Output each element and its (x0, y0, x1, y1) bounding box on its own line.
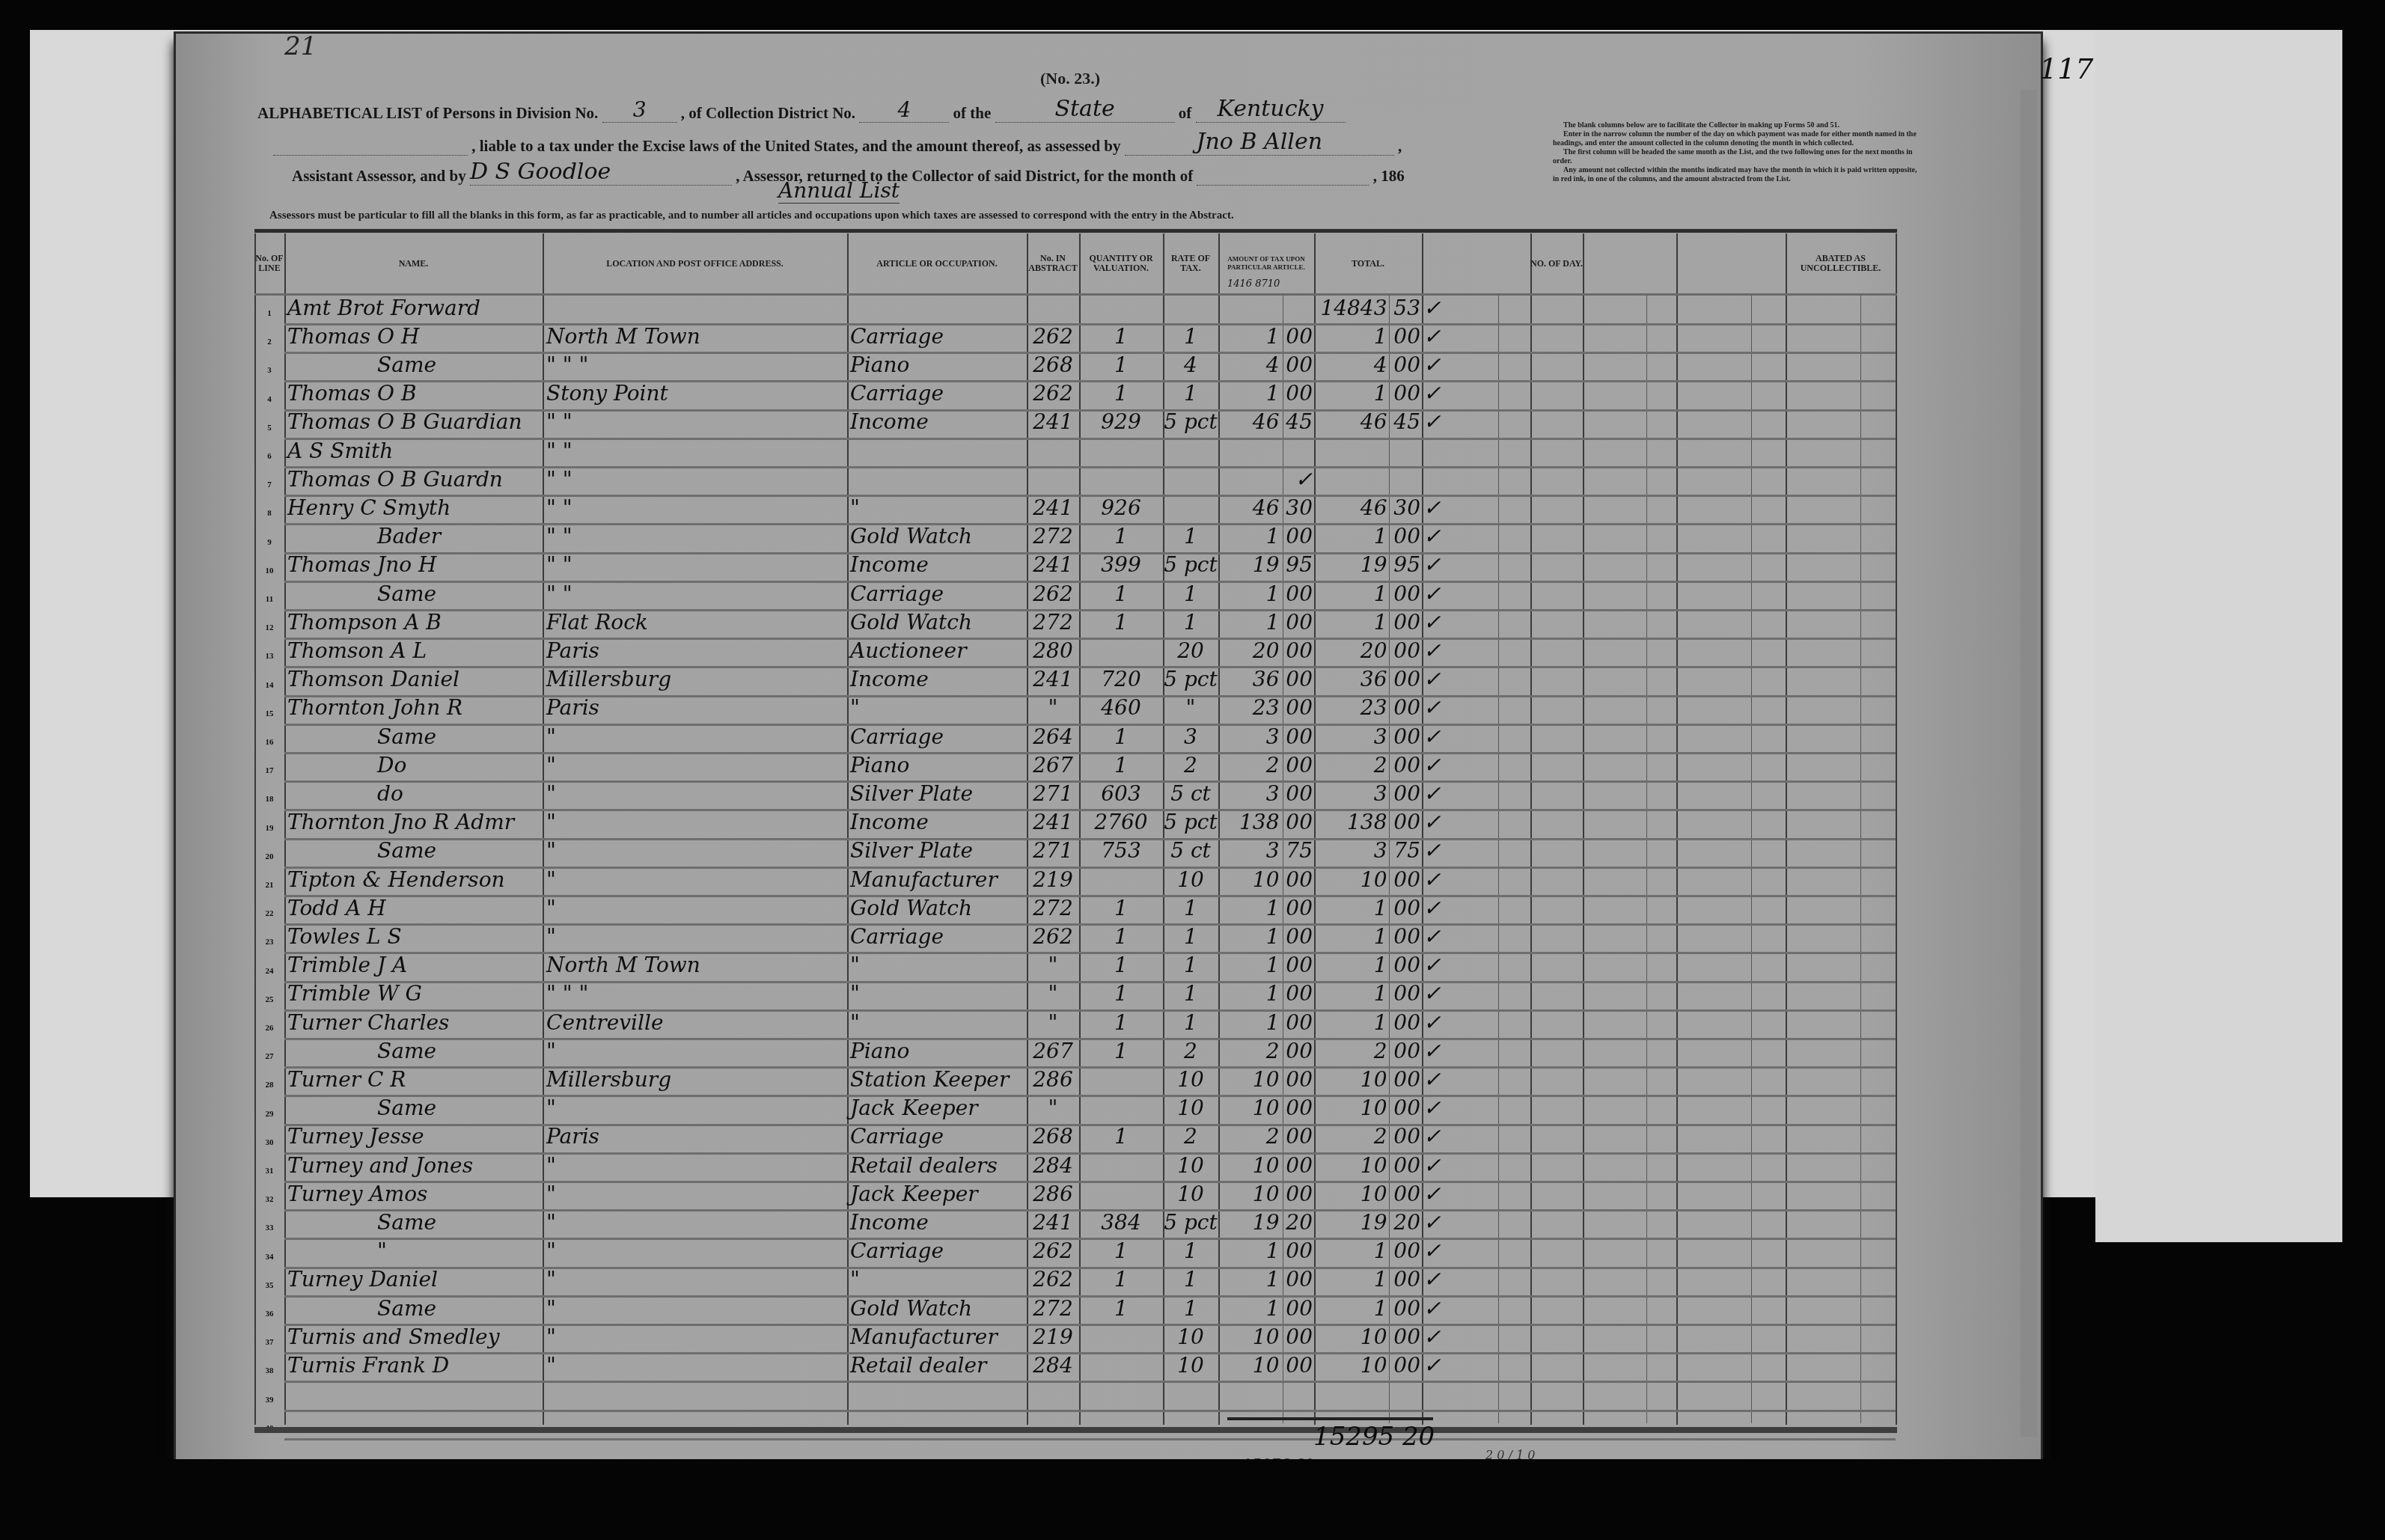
amount-header-note: 1416 8710 (1227, 278, 1280, 290)
total-amount (1316, 465, 1420, 493)
quantity-valuation (1081, 1179, 1161, 1208)
amount-of-tax: 2 00 (1220, 1036, 1313, 1065)
header-abstract-no: No. IN ABSTRACT (1027, 241, 1079, 286)
check-mark: ✓ (1423, 1151, 1446, 1179)
quantity-valuation: 460 (1081, 694, 1161, 722)
line-number: 16 (254, 728, 284, 757)
rate-of-tax: 10 (1164, 1179, 1217, 1208)
check-mark: ✓ (1423, 694, 1446, 722)
note-paragraph: Enter in the narrow column the number of… (1553, 130, 1920, 148)
check-mark: ✓ (1423, 322, 1446, 350)
location-address: " (546, 1208, 846, 1236)
article-occupation: Carriage (850, 322, 1026, 350)
check-mark: ✓ (1423, 293, 1446, 322)
rate-of-tax: 10 (1164, 1094, 1217, 1122)
line-number: 15 (254, 700, 284, 728)
article-occupation (850, 436, 1026, 465)
total-amount: 3 00 (1316, 722, 1420, 751)
total-amount: 36 00 (1316, 665, 1420, 694)
line-number: 32 (254, 1185, 284, 1214)
article-occupation: Silver Plate (850, 837, 1026, 865)
location-address: " (546, 1094, 846, 1122)
line-number: 10 (254, 557, 284, 585)
check-mark: ✓ (1423, 779, 1446, 807)
location-address: " (546, 1179, 846, 1208)
amount-of-tax (1220, 1380, 1313, 1408)
taxpayer-name: A S Smith (287, 436, 542, 465)
abstract-number: 264 (1028, 722, 1078, 751)
check-mark: ✓ (1423, 865, 1446, 893)
amount-of-tax: 3 00 (1220, 722, 1313, 751)
check-mark: ✓ (1423, 1179, 1446, 1208)
line-number: 1 (254, 299, 284, 328)
location-address: Millersburg (546, 1065, 846, 1093)
rate-of-tax (1164, 293, 1217, 322)
abstract-number: 284 (1028, 1151, 1078, 1179)
rate-of-tax: 1 (1164, 322, 1217, 350)
check-mark: ✓ (1423, 493, 1446, 522)
taxpayer-name: Thomas Jno H (287, 551, 542, 579)
total-amount: 1 00 (1316, 922, 1420, 950)
location-address: " (546, 779, 846, 807)
location-address: " (546, 722, 846, 751)
article-occupation: " (850, 1008, 1026, 1036)
rate-of-tax: 10 (1164, 1065, 1217, 1093)
amount-of-tax: 10 00 (1220, 1094, 1313, 1122)
location-address: " (546, 922, 846, 950)
assessment-table: No. OF LINE NAME. LOCATION AND POST OFFI… (254, 233, 1897, 1431)
quantity-valuation: 399 (1081, 551, 1161, 579)
header-name: NAME. (284, 241, 543, 286)
line-number: 29 (254, 1100, 284, 1128)
collector-instructions: The blank columns below are to facilitat… (1553, 121, 1920, 184)
amount-of-tax: 10 00 (1220, 1179, 1313, 1208)
taxpayer-name: Tipton & Henderson (287, 865, 542, 893)
line-number: 2 (254, 328, 284, 356)
assessor-instructions: Assessors must be particular to fill all… (269, 210, 1234, 222)
article-occupation: " (850, 951, 1026, 980)
total-amount: 1 00 (1316, 951, 1420, 980)
check-mark (1423, 1380, 1446, 1408)
check-mark: ✓ (1423, 837, 1446, 865)
line-number: 33 (254, 1214, 284, 1242)
quantity-valuation (1081, 1065, 1161, 1093)
amount-of-tax: 1 00 (1220, 1237, 1313, 1265)
header-text: , (1398, 137, 1402, 155)
article-occupation: Piano (850, 751, 1026, 779)
header-text: , of Collection District No. (681, 104, 855, 122)
district-number: 4 (859, 97, 949, 123)
quantity-valuation: 1 (1081, 922, 1161, 950)
amount-of-tax: 46 30 (1220, 493, 1313, 522)
abstract-number (1028, 436, 1078, 465)
abstract-number: 272 (1028, 1294, 1078, 1322)
location-address: " " " (546, 350, 846, 379)
taxpayer-name: Thornton Jno R Admr (287, 808, 542, 837)
header-text: , 186 (1373, 167, 1405, 185)
amount-of-tax: 19 95 (1220, 551, 1313, 579)
total-amount: 19 20 (1316, 1208, 1420, 1236)
blank-field (273, 155, 468, 156)
abstract-number: 262 (1028, 379, 1078, 408)
taxpayer-name: Thomas O B Guardn (287, 465, 542, 493)
line-number: 17 (254, 757, 284, 785)
total-amount: 14843 53 (1316, 293, 1420, 322)
quantity-valuation (1081, 1380, 1161, 1408)
article-occupation: Income (850, 665, 1026, 694)
line-number: 28 (254, 1071, 284, 1099)
abstract-number: 280 (1028, 636, 1078, 664)
total-amount: 3 75 (1316, 837, 1420, 865)
article-occupation: " (850, 694, 1026, 722)
taxpayer-name: Towles L S (287, 922, 542, 950)
article-occupation: Income (850, 1208, 1026, 1236)
rate-of-tax: 1 (1164, 922, 1217, 950)
location-address: " (546, 1036, 846, 1065)
line-number: 19 (254, 814, 284, 843)
header-text: of (1179, 104, 1192, 122)
amount-of-tax: 10 00 (1220, 1065, 1313, 1093)
check-mark: ✓ (1423, 1065, 1446, 1093)
amount-of-tax: 1 00 (1220, 608, 1313, 636)
rate-of-tax: 3 (1164, 722, 1217, 751)
quantity-valuation: 1 (1081, 722, 1161, 751)
abstract-number: 241 (1028, 493, 1078, 522)
rate-of-tax: 10 (1164, 1322, 1217, 1351)
total-amount: 4 00 (1316, 350, 1420, 379)
article-occupation: Piano (850, 1036, 1026, 1065)
amount-of-tax: 19 20 (1220, 1208, 1313, 1236)
total-amount: 1 00 (1316, 980, 1420, 1008)
bottom-rule (254, 1427, 1897, 1433)
article-occupation: Retail dealer (850, 1351, 1026, 1379)
abstract-number: " (1028, 980, 1078, 1008)
check-mark: ✓ (1423, 579, 1446, 608)
quantity-valuation: 1 (1081, 322, 1161, 350)
amount-of-tax: 1 00 (1220, 1294, 1313, 1322)
abstract-number: 241 (1028, 408, 1078, 436)
check-mark: ✓ (1423, 951, 1446, 980)
month-field (1197, 185, 1369, 186)
assessor-name: D S Goodloe (470, 159, 732, 186)
amount-of-tax: 2 00 (1220, 751, 1313, 779)
article-occupation: Gold Watch (850, 893, 1026, 922)
total-amount: 1 00 (1316, 379, 1420, 408)
article-occupation: " (850, 980, 1026, 1008)
quantity-valuation: 929 (1081, 408, 1161, 436)
total-amount (1316, 1380, 1420, 1408)
grand-total: 15295 20 (1313, 1422, 1435, 1452)
rate-of-tax: 5 ct (1164, 779, 1217, 807)
total-amount: 2 00 (1316, 751, 1420, 779)
taxpayer-name: Henry C Smyth (287, 493, 542, 522)
abstract-number: 271 (1028, 779, 1078, 807)
taxpayer-name: Thompson A B (287, 608, 542, 636)
abstract-number: 272 (1028, 893, 1078, 922)
abstract-number: 268 (1028, 1122, 1078, 1151)
article-occupation: Manufacturer (850, 1322, 1026, 1351)
article-occupation: Station Keeper (850, 1065, 1026, 1093)
article-occupation: Income (850, 551, 1026, 579)
header-text: Assistant Assessor, and by (292, 167, 466, 185)
note-paragraph: Any amount not collected within the mont… (1553, 166, 1920, 184)
quantity-valuation: 1 (1081, 751, 1161, 779)
state-name: Kentucky (1196, 96, 1346, 123)
taxpayer-name: Turnis Frank D (287, 1351, 542, 1379)
quantity-valuation (1081, 1351, 1161, 1379)
total-amount: 1 00 (1316, 1294, 1420, 1322)
abstract-number: " (1028, 694, 1078, 722)
line-number: 31 (254, 1157, 284, 1185)
article-occupation: " (850, 493, 1026, 522)
amount-of-tax: 3 75 (1220, 837, 1313, 865)
assistant-assessor-name: Jno B Allen (1125, 129, 1394, 156)
article-occupation: Gold Watch (850, 1294, 1026, 1322)
article-occupation (850, 1380, 1026, 1408)
taxpayer-name: Turner Charles (287, 1008, 542, 1036)
location-address: " (546, 893, 846, 922)
total-amount: 1 00 (1316, 579, 1420, 608)
taxpayer-name: Thomas O B (287, 379, 542, 408)
abstract-number: 262 (1028, 1265, 1078, 1294)
abstract-number (1028, 293, 1078, 322)
abstract-number: 241 (1028, 808, 1078, 837)
location-address: " (546, 1151, 846, 1179)
rate-of-tax: 1 (1164, 379, 1217, 408)
location-address: Flat Rock (546, 608, 846, 636)
rate-of-tax: 1 (1164, 1237, 1217, 1265)
check-mark: ✓ (1423, 665, 1446, 694)
article-occupation: Income (850, 808, 1026, 837)
line-number: 30 (254, 1128, 284, 1157)
header-location: LOCATION AND POST OFFICE ADDRESS. (543, 241, 847, 286)
line-number: 35 (254, 1271, 284, 1300)
total-amount: 10 00 (1316, 1351, 1420, 1379)
header-abated: ABATED AS UNCOLLECTIBLE. (1786, 241, 1896, 286)
taxpayer-name: Trimble J A (287, 951, 542, 980)
amount-of-tax: 4 00 (1220, 350, 1313, 379)
amount-of-tax: 10 00 (1220, 1151, 1313, 1179)
line-number: 23 (254, 928, 284, 956)
abstract-number: 262 (1028, 579, 1078, 608)
check-mark: ✓ (1423, 1294, 1446, 1322)
rate-of-tax (1164, 436, 1217, 465)
division-number: 3 (602, 97, 677, 123)
header-line-2: , liable to a tax under the Excise laws … (273, 129, 1402, 156)
total-amount: 138 00 (1316, 808, 1420, 837)
rate-of-tax: " (1164, 694, 1217, 722)
header-line-1: ALPHABETICAL LIST of Persons in Division… (257, 96, 1346, 123)
check-mark: ✓ (1423, 551, 1446, 579)
check-mark: ✓ (1423, 608, 1446, 636)
article-occupation: Carriage (850, 1237, 1026, 1265)
rate-of-tax (1164, 493, 1217, 522)
check-mark: ✓ (1423, 1036, 1446, 1065)
amount-of-tax: 10 00 (1220, 1322, 1313, 1351)
location-address: " (546, 865, 846, 893)
quantity-valuation: 1 (1081, 379, 1161, 408)
quantity-valuation: 753 (1081, 837, 1161, 865)
amount-of-tax (1220, 436, 1313, 465)
abstract-number: 286 (1028, 1179, 1078, 1208)
line-number: 37 (254, 1328, 284, 1357)
amount-of-tax: 1 00 (1220, 379, 1313, 408)
check-mark: ✓ (1423, 1265, 1446, 1294)
quantity-valuation: 720 (1081, 665, 1161, 694)
rate-of-tax: 5 pct (1164, 551, 1217, 579)
rate-of-tax: 1 (1164, 980, 1217, 1008)
total-amount: 23 00 (1316, 694, 1420, 722)
line-number: 8 (254, 499, 284, 528)
location-address: Stony Point (546, 379, 846, 408)
location-address: Millersburg (546, 665, 846, 694)
abstract-number: 219 (1028, 1322, 1078, 1351)
amount-of-tax: 36 00 (1220, 665, 1313, 694)
line-number: 36 (254, 1300, 284, 1328)
amount-of-tax: 23 00 (1220, 694, 1313, 722)
taxpayer-name: Thomson Daniel (287, 665, 542, 694)
location-address: " " (546, 465, 846, 493)
quantity-valuation: 1 (1081, 1122, 1161, 1151)
amount-of-tax: 1 00 (1220, 1265, 1313, 1294)
quantity-valuation (1081, 293, 1161, 322)
total-amount: 19 95 (1316, 551, 1420, 579)
abstract-number: 241 (1028, 551, 1078, 579)
amount-of-tax: 1 00 (1220, 922, 1313, 950)
check-mark: ✓ (1423, 1094, 1446, 1122)
amount-of-tax: 1 00 (1220, 522, 1313, 551)
line-number: 34 (254, 1243, 284, 1271)
note-paragraph: The blank columns below are to facilitat… (1553, 121, 1920, 130)
line-number: 25 (254, 986, 284, 1014)
taxpayer-name: Thomson A L (287, 636, 542, 664)
amount-of-tax: 1 00 (1220, 951, 1313, 980)
total-amount: 1 00 (1316, 608, 1420, 636)
quantity-valuation: 1 (1081, 350, 1161, 379)
adjacent-sheet (2095, 30, 2342, 1242)
article-occupation: Jack Keeper (850, 1094, 1026, 1122)
rate-of-tax: 5 pct (1164, 808, 1217, 837)
rate-of-tax: 1 (1164, 893, 1217, 922)
header-quantity: QUANTITY OR VALUATION. (1079, 241, 1163, 286)
abstract-number (1028, 1380, 1078, 1408)
amount-of-tax: ✓ (1220, 465, 1313, 493)
article-occupation: Retail dealers (850, 1151, 1026, 1179)
total-amount: 3 00 (1316, 779, 1420, 807)
article-occupation: Manufacturer (850, 865, 1026, 893)
quantity-valuation: 1 (1081, 1036, 1161, 1065)
article-occupation: Auctioneer (850, 636, 1026, 664)
abstract-number: 241 (1028, 665, 1078, 694)
location-address: Paris (546, 636, 846, 664)
abstract-number: 271 (1028, 837, 1078, 865)
rate-of-tax: 5 ct (1164, 837, 1217, 865)
line-number: 24 (254, 957, 284, 986)
taxpayer-name: Turney Jesse (287, 1122, 542, 1151)
total-amount: 10 00 (1316, 1065, 1420, 1093)
quantity-valuation: 1 (1081, 1008, 1161, 1036)
line-number: 18 (254, 785, 284, 813)
check-mark: ✓ (1423, 1351, 1446, 1379)
page-number-right: 117 (2039, 52, 2094, 85)
check-mark: ✓ (1423, 808, 1446, 837)
line-number: 39 (254, 1386, 284, 1414)
total-amount (1316, 436, 1420, 465)
line-number: 21 (254, 871, 284, 899)
total-amount: 2 00 (1316, 1122, 1420, 1151)
location-address: " " (546, 551, 846, 579)
article-occupation: Carriage (850, 579, 1026, 608)
line-number: 12 (254, 614, 284, 642)
taxpayer-name: Todd A H (287, 893, 542, 922)
header-no-of-day: NO. OF DAY. (1530, 241, 1583, 286)
abstract-number: 284 (1028, 1351, 1078, 1379)
location-address: Paris (546, 1122, 846, 1151)
sum-rule (1227, 1417, 1433, 1420)
header-total: TOTAL. (1314, 241, 1422, 286)
check-mark: ✓ (1423, 522, 1446, 551)
abstract-number: " (1028, 1008, 1078, 1036)
rate-of-tax: 5 pct (1164, 408, 1217, 436)
line-number: 9 (254, 528, 284, 557)
amount-of-tax: 1 00 (1220, 322, 1313, 350)
total-amount: 1 00 (1316, 1265, 1420, 1294)
line-number: 11 (254, 585, 284, 614)
line-number: 7 (254, 471, 284, 499)
amount-of-tax: 20 00 (1220, 636, 1313, 664)
taxpayer-name: Turney Daniel (287, 1265, 542, 1294)
rate-of-tax: 1 (1164, 1008, 1217, 1036)
top-rule (254, 229, 1897, 233)
check-mark (1423, 436, 1446, 465)
page-number-left: 21 (284, 31, 317, 61)
location-address: North M Town (546, 322, 846, 350)
amount-of-tax: 1 00 (1220, 893, 1313, 922)
rate-of-tax: 20 (1164, 636, 1217, 664)
quantity-valuation: 1 (1081, 522, 1161, 551)
location-address: " " (546, 522, 846, 551)
quantity-valuation: 1 (1081, 1237, 1161, 1265)
line-number: 3 (254, 356, 284, 385)
abstract-number: 262 (1028, 922, 1078, 950)
taxpayer-name: Thornton John R (287, 694, 542, 722)
location-address: " " (546, 408, 846, 436)
check-mark: ✓ (1423, 1322, 1446, 1351)
location-address: " " (546, 436, 846, 465)
abstract-number: 267 (1028, 1036, 1078, 1065)
abstract-number: 241 (1028, 1208, 1078, 1236)
article-occupation: Carriage (850, 722, 1026, 751)
location-address: " (546, 751, 846, 779)
location-address: " (546, 1322, 846, 1351)
amount-of-tax: 1 00 (1220, 579, 1313, 608)
quantity-valuation (1081, 1094, 1161, 1122)
abstract-number: 268 (1028, 350, 1078, 379)
abstract-number: 262 (1028, 1237, 1078, 1265)
taxpayer-name: Turner C R (287, 1065, 542, 1093)
article-occupation: Piano (850, 350, 1026, 379)
amount-of-tax (1220, 293, 1313, 322)
total-amount: 1 00 (1316, 1237, 1420, 1265)
month-note: Annual List (778, 178, 900, 204)
check-mark: ✓ (1423, 922, 1446, 950)
total-amount: 10 00 (1316, 1094, 1420, 1122)
header-text: of the (953, 104, 992, 122)
abstract-number: 267 (1028, 751, 1078, 779)
rate-of-tax: 5 pct (1164, 665, 1217, 694)
quantity-valuation (1081, 436, 1161, 465)
quantity-valuation (1081, 636, 1161, 664)
